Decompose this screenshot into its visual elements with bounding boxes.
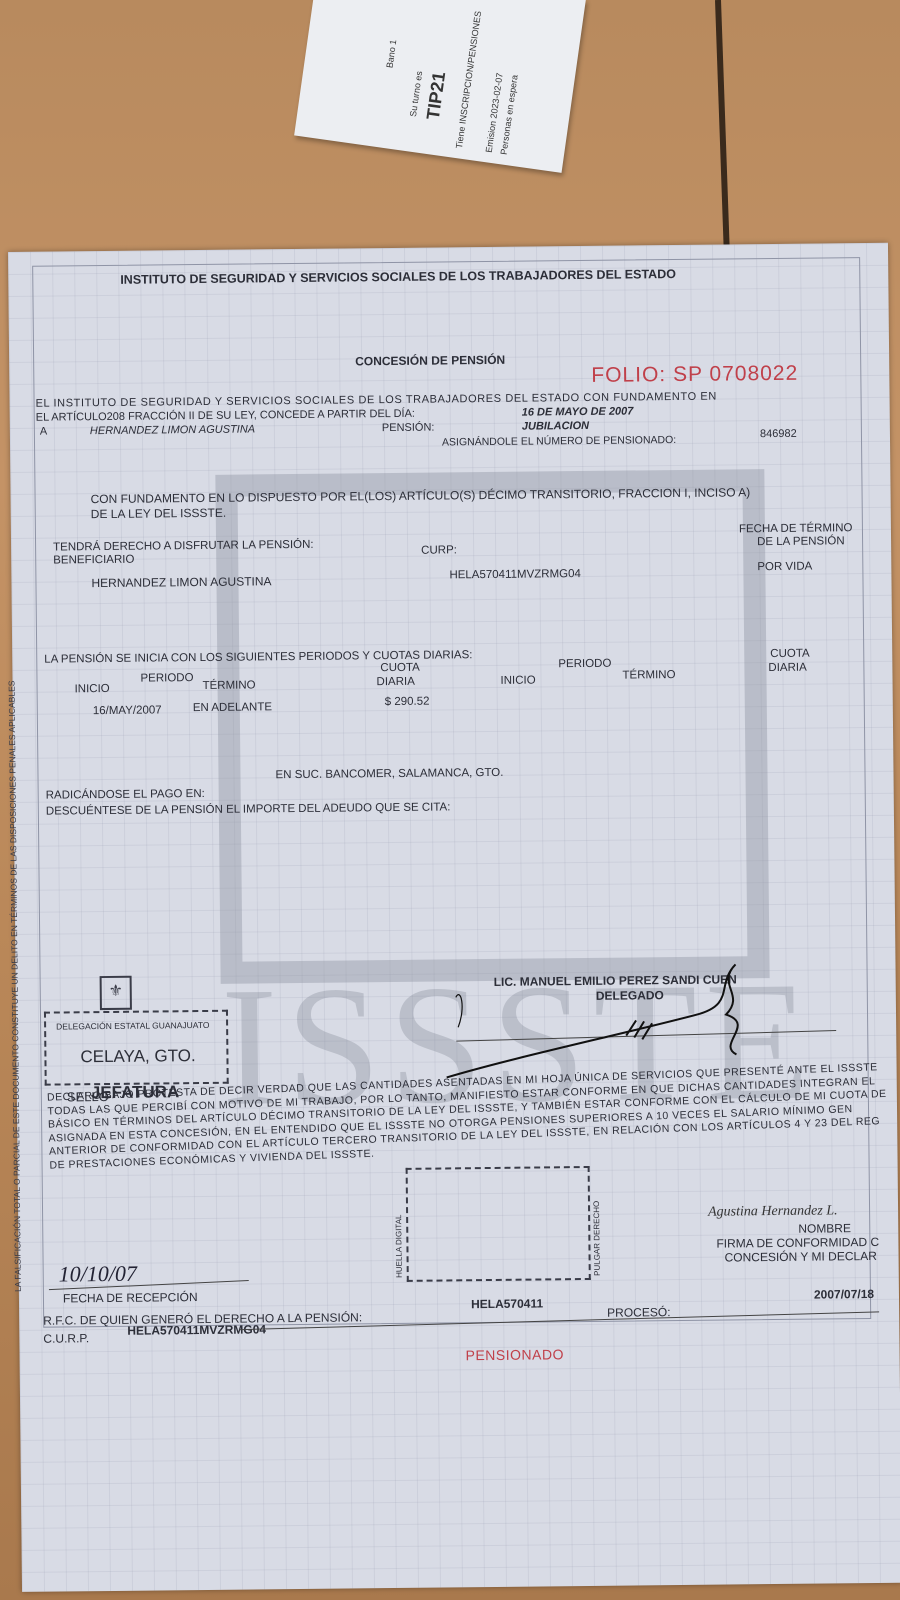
period-end-value: EN ADELANTE: [193, 701, 272, 714]
ticket-number: TIP21: [423, 71, 450, 121]
curp-label: CURP:: [421, 544, 457, 556]
beneficiary-curp: HELA570411MVZRMG04: [449, 568, 581, 581]
fingerprint-box: [406, 1166, 591, 1282]
queue-ticket: Bano 1 Su turno es TIP21 Tiene INSCRIPCI…: [294, 0, 586, 173]
daily-header-2: DIARIA: [768, 662, 806, 674]
end-date-label-1: FECHA DE TÉRMINO: [739, 522, 853, 535]
ticket-line: Tiene INSCRIPCION/PENSIONES: [454, 10, 483, 149]
start-header-2: INICIO: [500, 674, 535, 686]
fingerprint-label-left: HUELLA DIGITAL: [394, 1214, 404, 1278]
period-start-value: 16/MAY/2007: [93, 704, 162, 717]
quota-header-2: CUOTA: [770, 648, 810, 660]
beneficiary-label: BENEFICIARIO: [53, 554, 134, 567]
pensioner-number: 846982: [760, 428, 797, 440]
period-quota-value: $ 290.52: [385, 696, 430, 708]
pension-label: PENSIÓN:: [382, 422, 435, 435]
stamp-header: DELEGACIÓN ESTATAL GUANAJUATO: [56, 1020, 209, 1032]
end-date-value: POR VIDA: [757, 561, 812, 574]
beneficiary-signature: Agustina Hernandez L.: [708, 1203, 838, 1220]
end-header: TÉRMINO: [202, 679, 255, 692]
legal-basis-line-2: DE LA LEY DEL ISSSTE.: [91, 506, 227, 521]
end-header-2: TÉRMINO: [622, 669, 675, 682]
quota-header: CUOTA: [380, 662, 420, 674]
rfc-value: HELA570411: [471, 1296, 543, 1311]
recipient-name: HERNANDEZ LIMON AGUSTINA: [90, 423, 255, 437]
reception-date: 10/10/07: [59, 1261, 138, 1288]
stamp-city: CELAYA, GTO.: [80, 1046, 195, 1067]
daily-header: DIARIA: [376, 676, 414, 688]
period-header-2: PERIODO: [558, 658, 611, 671]
delegation-stamp: DELEGACIÓN ESTATAL GUANAJUATO CELAYA, GT…: [44, 1010, 229, 1086]
pension-type: JUBILACION: [522, 420, 589, 433]
payment-label: RADICÁNDOSE EL PAGO EN:: [46, 788, 205, 802]
consent-label-2: CONCESIÓN Y MI DECLAR: [724, 1249, 876, 1265]
payment-place: EN SUC. BANCOMER, SALAMANCA, GTO.: [275, 767, 503, 781]
folio-number: FOLIO: SP 0708022: [591, 362, 798, 388]
beneficiary-name: HERNANDEZ LIMON AGUSTINA: [91, 574, 271, 590]
end-date-label-2: DE LA PENSIÓN: [757, 535, 845, 548]
start-header: INICIO: [75, 683, 110, 695]
fingerprint-label-right: PULGAR DERECHO: [592, 1201, 602, 1276]
footer-pensionado: PENSIONADO: [465, 1346, 564, 1363]
pensioner-number-label: ASIGNÁNDOLE EL NÚMERO DE PENSIONADO:: [442, 434, 676, 448]
table-edge: [715, 0, 730, 260]
name-label: NOMBRE: [798, 1221, 851, 1236]
start-date: 16 DE MAYO DE 2007: [522, 405, 634, 418]
ticket-line: Bano 1: [384, 39, 398, 69]
to-label: A: [40, 426, 47, 438]
document-title: CONCESIÓN DE PENSIÓN: [355, 353, 505, 369]
curp-bottom-value: HELA570411MVZRMG04: [127, 1322, 266, 1337]
process-date: 2007/07/18: [814, 1287, 874, 1302]
ticket-line: Su turno es: [408, 70, 424, 117]
curp-bottom-label: C.U.R.P.: [43, 1331, 89, 1345]
period-header: PERIODO: [140, 672, 193, 685]
government-emblem-icon: ⚜: [100, 976, 132, 1010]
reception-label: FECHA DE RECEPCIÓN: [63, 1290, 198, 1305]
pension-concession-document: ISSSTE INSTITUTO DE SEGURIDAD Y SERVICIO…: [8, 243, 900, 1592]
